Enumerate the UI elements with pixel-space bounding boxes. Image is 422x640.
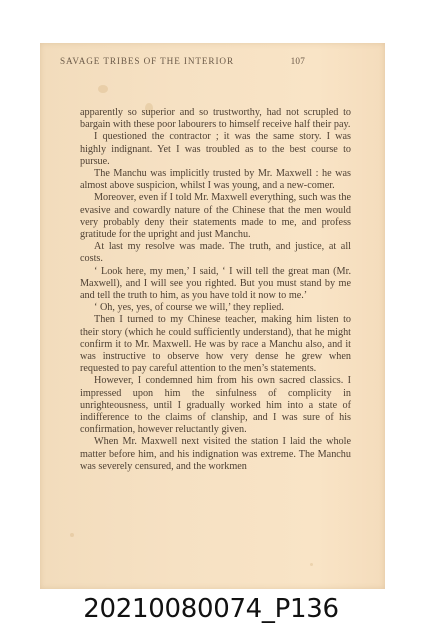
paragraph: Moreover, even if I told Mr. Maxwell eve… — [80, 192, 351, 241]
paragraph: apparently so superior and so trustworth… — [80, 107, 351, 131]
paper-stain — [98, 85, 108, 93]
paragraph: ‘ Oh, yes, yes, of course we will,’ they… — [80, 302, 351, 314]
paragraph: ‘ Look here, my men,’ I said, ‘ I will t… — [80, 266, 351, 303]
paper-stain — [310, 563, 313, 566]
running-header-title: SAVAGE TRIBES OF THE INTERIOR — [60, 56, 234, 66]
body-text: apparently so superior and so trustworth… — [80, 107, 351, 473]
paragraph: When Mr. Maxwell next visited the statio… — [80, 436, 351, 473]
paper-stain — [70, 533, 74, 537]
paragraph: At last my resolve was made. The truth, … — [80, 241, 351, 265]
paragraph: I questioned the contractor ; it was the… — [80, 131, 351, 168]
paragraph: However, I condemned him from his own sa… — [80, 375, 351, 436]
paragraph: The Manchu was implicitly trusted by Mr.… — [80, 168, 351, 192]
running-header: SAVAGE TRIBES OF THE INTERIOR 107 — [60, 56, 305, 66]
page-number: 107 — [291, 56, 305, 66]
image-caption: 20210080074_P136 — [0, 594, 422, 624]
paragraph: Then I turned to my Chinese teacher, mak… — [80, 314, 351, 375]
